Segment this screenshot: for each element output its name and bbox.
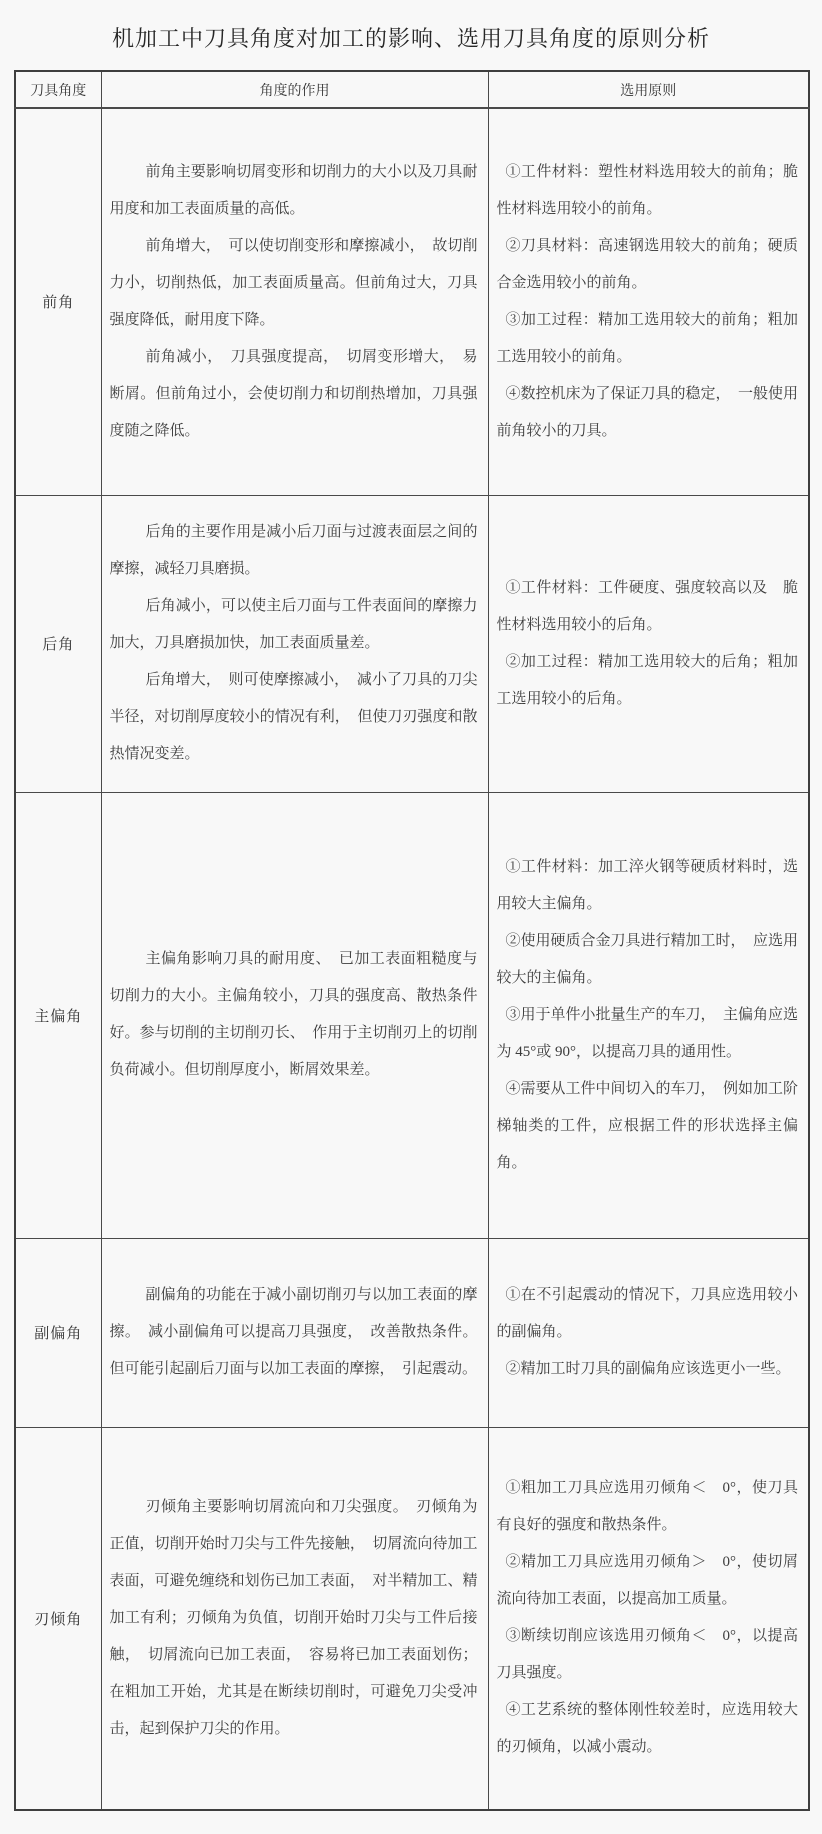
principle-item: ④需要从工件中间切入的车刀， 例如加工阶梯轴类的工件，应根据工件的形状选择主偏角… xyxy=(497,1071,799,1182)
principle-item: ④数控机床为了保证刀具的稳定， 一般使用前角较小的刀具。 xyxy=(497,376,799,450)
selection-principle-cell: ①粗加工刀具应选用刃倾角＜ 0°，使刀具有良好的强度和散热条件。 ②精加工刀具应… xyxy=(488,1427,809,1810)
effect-paragraph: 后角增大， 则可使摩擦减小， 减小了刀具的刀尖半径，对切削厚度较小的情况有利， … xyxy=(110,662,478,773)
angle-name: 刃倾角 xyxy=(15,1427,101,1810)
angle-effect-cell: 前角主要影响切屑变形和切削力的大小以及刀具耐用度和加工表面质量的高低。 前角增大… xyxy=(101,108,488,495)
selection-principle-cell: ①工件材料：工件硬度、强度较高以及 脆性材料选用较小的后角。 ②加工过程：精加工… xyxy=(488,495,809,792)
table-row-rake-angle: 前角 前角主要影响切屑变形和切削力的大小以及刀具耐用度和加工表面质量的高低。 前… xyxy=(15,108,809,495)
principle-item: ①工件材料：塑性材料选用较大的前角；脆性材料选用较小的前角。 xyxy=(497,154,799,228)
header-selection-principle: 选用原则 xyxy=(488,71,809,108)
principle-item: ③断续切削应该选用刃倾角＜ 0°，以提高刀具强度。 xyxy=(497,1618,799,1692)
tool-angle-table: 刀具角度 角度的作用 选用原则 前角 前角主要影响切屑变形和切削力的大小以及刀具… xyxy=(14,70,810,1811)
effect-paragraph: 刃倾角主要影响切屑流向和刀尖强度。 刃倾角为正值，切削开始时刀尖与工件先接触， … xyxy=(110,1489,478,1748)
effect-paragraph: 前角主要影响切屑变形和切削力的大小以及刀具耐用度和加工表面质量的高低。 xyxy=(110,154,478,228)
principle-item: ②精加工时刀具的副偏角应该选更小一些。 xyxy=(497,1351,799,1388)
header-angle-effect: 角度的作用 xyxy=(101,71,488,108)
principle-item: ①工件材料：加工淬火钢等硬质材料时，选用较大主偏角。 xyxy=(497,849,799,923)
angle-effect-cell: 副偏角的功能在于减小副切削刃与以加工表面的摩擦。 减小副偏角可以提高刀具强度， … xyxy=(101,1238,488,1427)
principle-item: ②精加工刀具应选用刃倾角＞ 0°，使切屑流向待加工表面，以提高加工质量。 xyxy=(497,1544,799,1618)
effect-paragraph: 后角减小，可以使主后刀面与工件表面间的摩擦力加大，刀具磨损加快，加工表面质量差。 xyxy=(110,588,478,662)
principle-item: ①在不引起震动的情况下，刀具应选用较小的副偏角。 xyxy=(497,1277,799,1351)
angle-effect-cell: 刃倾角主要影响切屑流向和刀尖强度。 刃倾角为正值，切削开始时刀尖与工件先接触， … xyxy=(101,1427,488,1810)
angle-effect-cell: 主偏角影响刀具的耐用度、 已加工表面粗糙度与切削力的大小。主偏角较小，刀具的强度… xyxy=(101,792,488,1238)
principle-item: ②刀具材料：高速钢选用较大的前角；硬质合金选用较小的前角。 xyxy=(497,228,799,302)
angle-name: 后角 xyxy=(15,495,101,792)
table-row-blade-inclination-angle: 刃倾角 刃倾角主要影响切屑流向和刀尖强度。 刃倾角为正值，切削开始时刀尖与工件先… xyxy=(15,1427,809,1810)
effect-paragraph: 主偏角影响刀具的耐用度、 已加工表面粗糙度与切削力的大小。主偏角较小，刀具的强度… xyxy=(110,941,478,1089)
header-row: 刀具角度 角度的作用 选用原则 xyxy=(15,71,809,108)
effect-paragraph: 前角增大， 可以使切削变形和摩擦减小， 故切削力小，切削热低，加工表面质量高。但… xyxy=(110,228,478,339)
principle-item: ②加工过程：精加工选用较大的后角；粗加工选用较小的后角。 xyxy=(497,644,799,718)
table-row-main-deflection-angle: 主偏角 主偏角影响刀具的耐用度、 已加工表面粗糙度与切削力的大小。主偏角较小，刀… xyxy=(15,792,809,1238)
angle-effect-cell: 后角的主要作用是减小后刀面与过渡表面层之间的摩擦，减轻刀具磨损。 后角减小，可以… xyxy=(101,495,488,792)
principle-item: ③用于单件小批量生产的车刀， 主偏角应选为 45°或 90°，以提高刀具的通用性… xyxy=(497,997,799,1071)
selection-principle-cell: ①在不引起震动的情况下，刀具应选用较小的副偏角。 ②精加工时刀具的副偏角应该选更… xyxy=(488,1238,809,1427)
selection-principle-cell: ①工件材料：加工淬火钢等硬质材料时，选用较大主偏角。 ②使用硬质合金刀具进行精加… xyxy=(488,792,809,1238)
effect-paragraph: 前角减小， 刀具强度提高， 切屑变形增大， 易断屑。但前角过小，会使切削力和切削… xyxy=(110,339,478,450)
table-row-secondary-deflection-angle: 副偏角 副偏角的功能在于减小副切削刃与以加工表面的摩擦。 减小副偏角可以提高刀具… xyxy=(15,1238,809,1427)
page-title: 机加工中刀具角度对加工的影响、选用刀具角度的原则分析 xyxy=(0,22,822,53)
document-page: 机加工中刀具角度对加工的影响、选用刀具角度的原则分析 刀具角度 角度的作用 选用… xyxy=(0,0,822,1834)
effect-paragraph: 后角的主要作用是减小后刀面与过渡表面层之间的摩擦，减轻刀具磨损。 xyxy=(110,514,478,588)
angle-name: 主偏角 xyxy=(15,792,101,1238)
principle-item: ①工件材料：工件硬度、强度较高以及 脆性材料选用较小的后角。 xyxy=(497,570,799,644)
principle-item: ③加工过程：精加工选用较大的前角；粗加工选用较小的前角。 xyxy=(497,302,799,376)
angle-name: 副偏角 xyxy=(15,1238,101,1427)
table-row-clearance-angle: 后角 后角的主要作用是减小后刀面与过渡表面层之间的摩擦，减轻刀具磨损。 后角减小… xyxy=(15,495,809,792)
effect-paragraph: 副偏角的功能在于减小副切削刃与以加工表面的摩擦。 减小副偏角可以提高刀具强度， … xyxy=(110,1277,478,1388)
selection-principle-cell: ①工件材料：塑性材料选用较大的前角；脆性材料选用较小的前角。 ②刀具材料：高速钢… xyxy=(488,108,809,495)
principle-item: ②使用硬质合金刀具进行精加工时， 应选用较大的主偏角。 xyxy=(497,923,799,997)
principle-item: ①粗加工刀具应选用刃倾角＜ 0°，使刀具有良好的强度和散热条件。 xyxy=(497,1470,799,1544)
angle-name: 前角 xyxy=(15,108,101,495)
principle-item: ④工艺系统的整体刚性较差时，应选用较大的刃倾角，以减小震动。 xyxy=(497,1692,799,1766)
header-tool-angle: 刀具角度 xyxy=(15,71,101,108)
